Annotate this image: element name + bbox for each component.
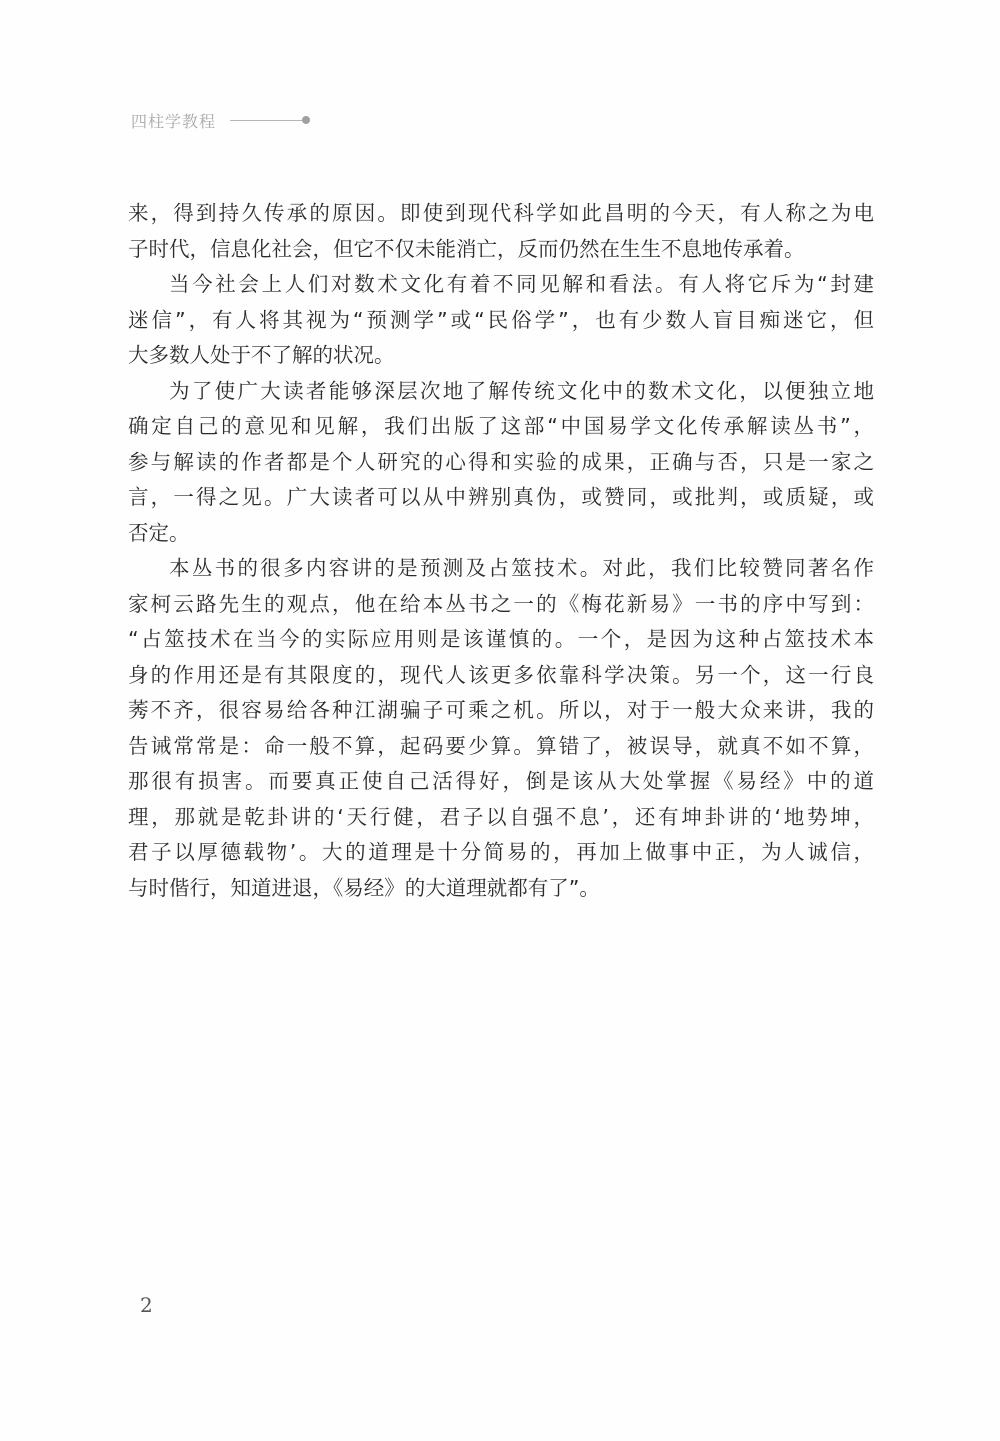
page-number: 2 bbox=[140, 1293, 153, 1317]
running-title: 四柱学教程 bbox=[131, 109, 216, 132]
text-line: 告诫常常是：命一般不算，起码要少算。算错了，被误导，就真不如不算， bbox=[128, 729, 874, 765]
text-line: 大多数人处于不了解的状况。 bbox=[128, 338, 874, 374]
text-line: 言，一得之见。广大读者可以从中辨别真伪，或赞同，或批判，或质疑，或 bbox=[128, 480, 874, 516]
text-line: 迷信”，有人将其视为“预测学”或“民俗学”，也有少数人盲目痴迷它，但 bbox=[128, 303, 874, 339]
text-line: 子时代，信息化社会，但它不仅未能消亡，反而仍然在生生不息地传承着。 bbox=[128, 232, 874, 268]
text-line: 身的作用还是有其限度的，现代人该更多依靠科学决策。另一个，这一行良 bbox=[128, 658, 874, 694]
text-line: 来，得到持久传承的原因。即使到现代科学如此昌明的今天，有人称之为电 bbox=[128, 196, 874, 232]
text-line: 家柯云路先生的观点，他在给本丛书之一的《梅花新易》一书的序中写到： bbox=[128, 587, 874, 623]
header-dot-ornament bbox=[302, 116, 310, 124]
text-line: 当今社会上人们对数术文化有着不同见解和看法。有人将它斥为“封建 bbox=[128, 267, 874, 303]
text-line: 理，那就是乾卦讲的‘天行健，君子以自强不息’，还有坤卦讲的‘地势坤， bbox=[128, 800, 874, 836]
text-line: 为了使广大读者能够深层次地了解传统文化中的数术文化，以便独立地 bbox=[128, 374, 874, 410]
text-line: 否定。 bbox=[128, 516, 874, 552]
body-text: 来，得到持久传承的原因。即使到现代科学如此昌明的今天，有人称之为电 子时代，信息… bbox=[128, 196, 874, 906]
text-line: 确定自己的意见和见解，我们出版了这部“中国易学文化传承解读丛书”， bbox=[128, 409, 874, 445]
text-line: 本丛书的很多内容讲的是预测及占筮技术。对此，我们比较赞同著名作 bbox=[128, 551, 874, 587]
running-header: 四柱学教程 bbox=[131, 108, 310, 132]
text-line: 与时偕行，知道进退，《易经》的大道理就都有了”。 bbox=[128, 871, 874, 907]
header-rule-line bbox=[230, 120, 302, 121]
text-line: 莠不齐，很容易给各种江湖骗子可乘之机。所以，对于一般大众来讲，我的 bbox=[128, 693, 874, 729]
text-line: “占筮技术在当今的实际应用则是该谨慎的。一个，是因为这种占筮技术本 bbox=[128, 622, 874, 658]
text-line: 参与解读的作者都是个人研究的心得和实验的成果，正确与否，只是一家之 bbox=[128, 445, 874, 481]
book-page: 四柱学教程 来，得到持久传承的原因。即使到现代科学如此昌明的今天，有人称之为电 … bbox=[0, 0, 1000, 1441]
text-line: 那很有损害。而要真正使自己活得好，倒是该从大处掌握《易经》中的道 bbox=[128, 764, 874, 800]
text-line: 君子以厚德载物’。大的道理是十分简易的，再加上做事中正，为人诚信， bbox=[128, 835, 874, 871]
